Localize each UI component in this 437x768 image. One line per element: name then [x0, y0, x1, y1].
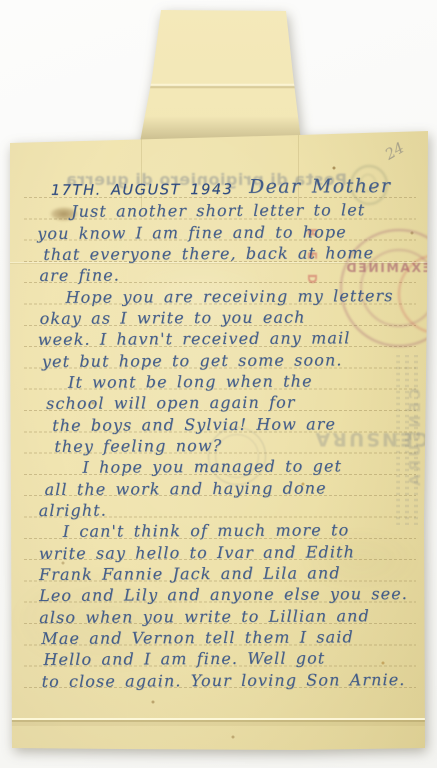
- letter-line: Hello and I am fine. Well got: [43, 648, 325, 668]
- letter-line: school will open again for: [46, 393, 296, 413]
- letter-line: you know I am fine and to hope: [37, 222, 347, 243]
- letter-line: I can't think of much more to: [63, 520, 350, 540]
- letter-line: the boys and Sylvia! How are: [52, 414, 336, 434]
- letter-line: Leo and Lily and anyone else you see.: [39, 584, 408, 605]
- letter-line: they feeling now?: [54, 436, 222, 456]
- letter-line: I hope you managed to get: [82, 456, 342, 476]
- letter-line: all the work and haying done: [44, 478, 326, 498]
- letter-line: Mae and Vernon tell them I said: [41, 627, 354, 648]
- letter-line: yet but hope to get some soon.: [42, 350, 343, 371]
- letter-line: okay as I write to you each: [40, 308, 306, 328]
- letter-line: It wont be long when the: [68, 372, 313, 392]
- paper: Posta di prigioniero di guerra 24 EXAMIN…: [0, 0, 437, 768]
- letter-line: also when you write to Lillian and: [39, 606, 370, 627]
- letter-line: are fine.: [39, 266, 120, 285]
- letter-scan: Posta di prigioniero di guerra 24 EXAMIN…: [0, 0, 437, 768]
- letter-line: Frank Fannie Jack and Lila and: [39, 563, 341, 584]
- letter-line: alright.: [39, 501, 107, 520]
- letter-line: Hope you are receiving my letters: [65, 286, 393, 307]
- letter-line signature: to close again. Your loving Son Arnie.: [42, 670, 406, 691]
- date-text: 17TH. AUGUST 1943: [51, 182, 234, 199]
- letter-line: write say hello to Ivar and Edith: [39, 542, 355, 563]
- letter-line: Just another short letter to let: [71, 200, 365, 221]
- flap-fold-crease: [130, 84, 310, 89]
- letter-line: that everyone there, back at home: [43, 243, 374, 264]
- salutation-text: Dear Mother: [249, 175, 392, 198]
- paper-specks: [0, 0, 2, 2]
- letter-line: week. I havn't received any mail: [38, 328, 351, 349]
